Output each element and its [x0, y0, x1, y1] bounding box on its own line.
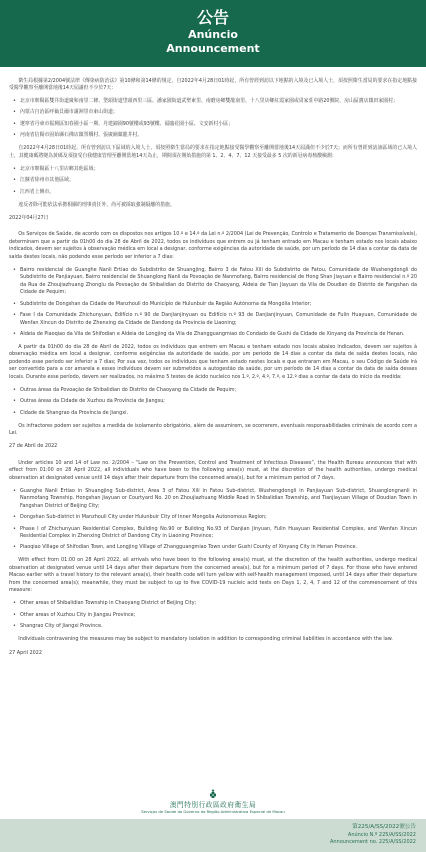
area-item: 北京市朝陽區雙井街道廣和南里二條、垡頭街道垡頭西里三區、潘家園街道武聖東里、南磨… [9, 98, 417, 105]
announcement-body: 衛生局根據第2/2004號法律《傳染病防治法》第10條和第14條的規定，自202… [0, 67, 426, 786]
announcement-header: 公告 Anúncio Announcement [0, 0, 426, 67]
chinese-penalty-note: 違反者除可能依法承擔相關的刑事責任外，尚可被採取強制隔離的措施。 [9, 202, 417, 209]
section-portuguese: Os Serviços de Saúde, de acordo com os d… [9, 231, 417, 450]
area-item: Fase I da Comunidade Zhichunyuan, Edifíc… [9, 312, 417, 327]
section-english: Under articles 10 and 14 of Law no. 2/20… [9, 460, 417, 657]
english-penalty-note: Individuals contravening the measures ma… [9, 636, 417, 643]
english-date: 27 April 2022 [9, 650, 417, 657]
area-item: 北京市朝陽區十八里店鄉其他區域； [9, 166, 417, 173]
area-item: Phase I of Zhichunyuan Residential Compl… [9, 526, 417, 541]
area-item: Bairro residencial de Guanghe Nanli Erti… [9, 267, 417, 297]
area-item: Cidade de Shangrao da Província de Jiang… [9, 410, 417, 417]
area-item: Shangrao City of Jiangxi Province. [9, 623, 417, 630]
section-chinese: 衛生局根據第2/2004號法律《傳染病防治法》第10條和第14條的規定，自202… [9, 78, 417, 223]
chinese-date: 2022年04月27日 [9, 215, 417, 222]
issuer-block: 澳門特別行政區政府衛生局 Serviços de Saúde do Govern… [0, 786, 426, 819]
area-item: 遼寧省丹東市振興區知春園小區一期、丹建錦園90號樓或93號樓、福臨花園小區、文安… [9, 121, 417, 128]
health-bureau-cross-logo [207, 789, 219, 801]
chinese-observation-area-list: 北京市朝陽區雙井街道廣和南里二條、垡頭街道垡頭西里三區、潘家園街道武聖東里、南磨… [9, 98, 417, 140]
area-item: Other areas of Shibalidian Township in C… [9, 600, 417, 607]
reference-number-english: Announcement no. 225/A/SS/2022 [10, 839, 416, 847]
reference-number-bar: 第225/A/SS/2022號公告 Anúncio N.º 225/A/SS/2… [0, 819, 426, 852]
area-item: Dongshan Sub-district in Manzhouli City … [9, 514, 417, 521]
reference-number-portuguese: Anúncio N.º 225/A/SS/2022 [10, 832, 416, 840]
title-chinese: 公告 [0, 8, 426, 28]
area-item: Aldeia de Piaoqiao da Vila de Shifodian … [9, 331, 417, 338]
chinese-yellowcode-paragraph: 自2022年4月28日01時起，所有曾到訪以下區域的入境人士，須按照衛生當局的要… [9, 145, 417, 160]
english-yellowcode-area-list: Other areas of Shibalidian Township in C… [9, 600, 417, 630]
english-yellowcode-paragraph: With effect from 01:00 on 28 April 2022,… [9, 557, 417, 594]
portuguese-yellowcode-paragraph: A partir da 01h00 do dia 28 de Abril de … [9, 344, 417, 381]
issuer-name-portuguese: Serviços de Saúde do Governo da Região A… [0, 810, 426, 815]
area-item: Piaoqiao Village of Shifodian Town, and … [9, 544, 417, 551]
portuguese-intro-paragraph: Os Serviços de Saúde, de acordo com os d… [9, 231, 417, 261]
area-item: 內蒙古自治區呼倫貝爾市滿洲里市東山街道； [9, 109, 417, 116]
area-item: Subdistrito de Dongshan da Cidade de Man… [9, 301, 417, 308]
english-observation-area-list: Guanghe Nanli Ertiao in Shuangjing Sub-d… [9, 488, 417, 552]
portuguese-date: 27 de Abril de 2022 [9, 443, 417, 450]
portuguese-observation-area-list: Bairro residencial de Guanghe Nanli Erti… [9, 267, 417, 339]
portuguese-penalty-note: Os infractores podem ser sujeitos a medi… [9, 423, 417, 438]
area-item: Guanghe Nanli Ertiao in Shuangjing Sub-d… [9, 488, 417, 510]
chinese-intro-paragraph: 衛生局根據第2/2004號法律《傳染病防治法》第10條和第14條的規定，自202… [9, 78, 417, 93]
area-item: 河南省信陽市固始縣石佛店鎮票橋村、張廣廟鎮龍井村。 [9, 132, 417, 139]
area-item: Outras áreas da Povoação de Shibalidian … [9, 387, 417, 394]
area-item: 江蘇省徐州市其他區域； [9, 177, 417, 184]
area-item: 江西省上饒市。 [9, 189, 417, 196]
area-item: Other areas of Xuzhou City in Jiangsu Pr… [9, 612, 417, 619]
title-english: Announcement [0, 42, 426, 56]
title-portuguese: Anúncio [0, 28, 426, 42]
area-item: Outras áreas da Cidade de Xuzhou da Prov… [9, 398, 417, 405]
chinese-yellowcode-area-list: 北京市朝陽區十八里店鄉其他區域； 江蘇省徐州市其他區域； 江西省上饒市。 [9, 166, 417, 196]
english-intro-paragraph: Under articles 10 and 14 of Law no. 2/20… [9, 460, 417, 482]
portuguese-yellowcode-area-list: Outras áreas da Povoação de Shibalidian … [9, 387, 417, 417]
reference-number-chinese: 第225/A/SS/2022號公告 [10, 823, 416, 832]
